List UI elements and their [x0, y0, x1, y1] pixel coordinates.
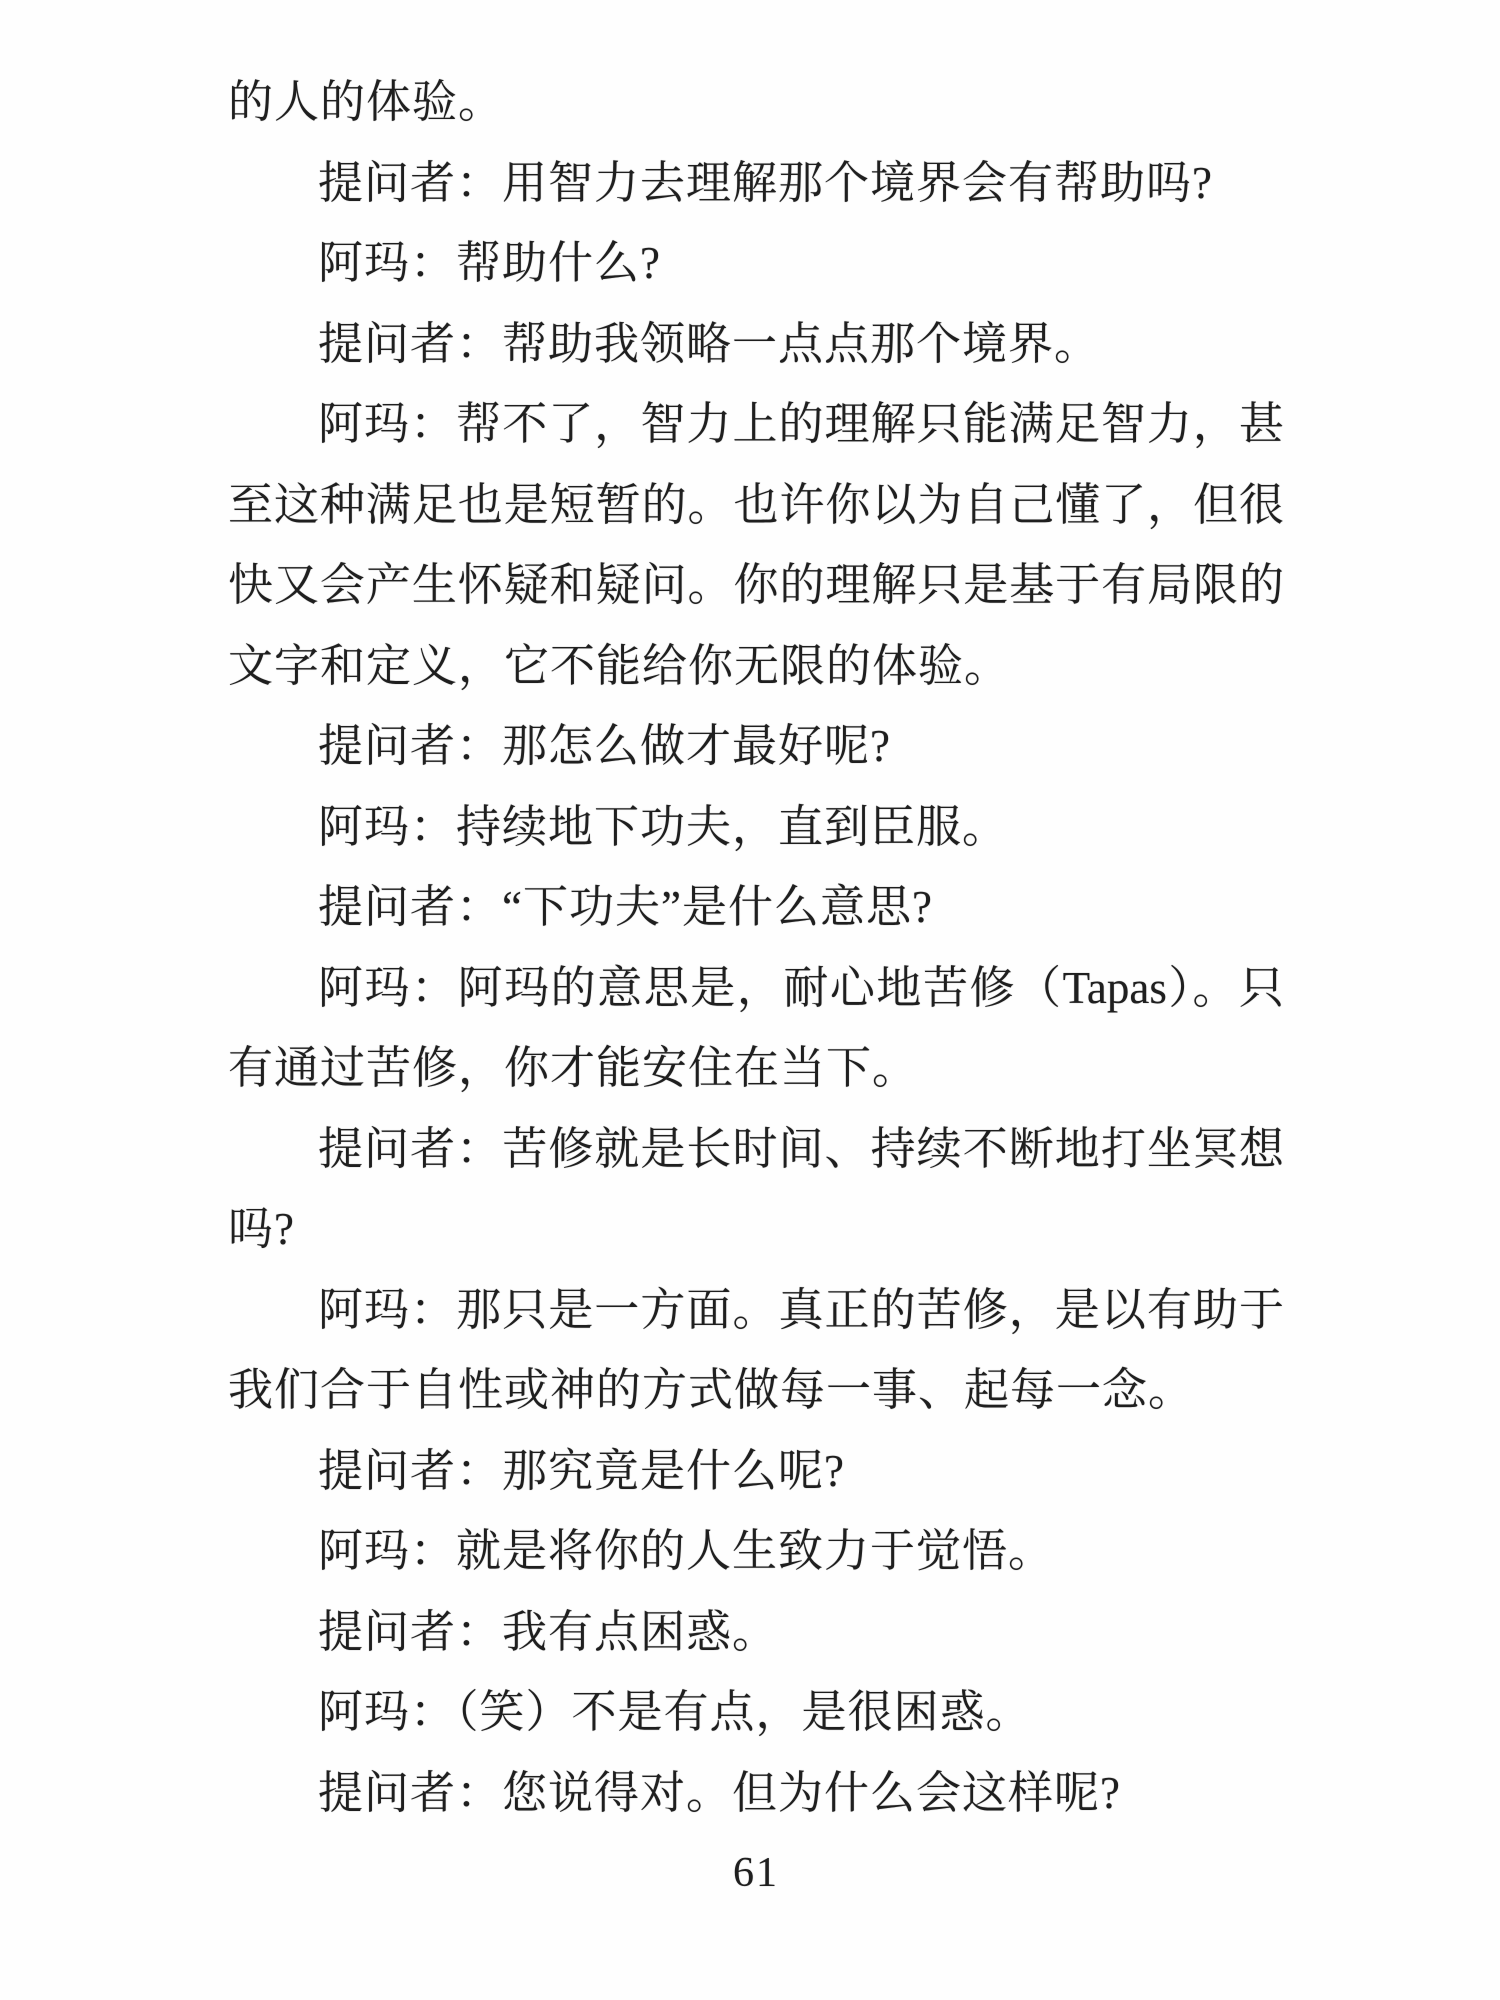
continuation-line: 的人的体验。 — [228, 62, 1284, 143]
continuation-line: 至这种满足也是短暂的。也许你以为自己懂了，但很 — [228, 465, 1284, 546]
amma-line: 阿玛：帮助什么? — [228, 223, 1284, 304]
amma-line: 阿玛：那只是一方面。真正的苦修，是以有助于 — [228, 1270, 1284, 1351]
page-text-block: 的人的体验。 提问者：用智力去理解那个境界会有帮助吗? 阿玛：帮助什么? 提问者… — [228, 62, 1284, 1914]
amma-line: 阿玛：阿玛的意思是，耐心地苦修（Tapas）。只 — [228, 948, 1284, 1029]
amma-line: 阿玛：持续地下功夫，直到臣服。 — [228, 787, 1284, 868]
questioner-line: 提问者：“下功夫”是什么意思? — [228, 867, 1284, 948]
continuation-line: 快又会产生怀疑和疑问。你的理解只是基于有局限的 — [228, 545, 1284, 626]
questioner-line: 提问者：帮助我领略一点点那个境界。 — [228, 304, 1284, 385]
questioner-line: 提问者：用智力去理解那个境界会有帮助吗? — [228, 143, 1284, 224]
continuation-line: 有通过苦修，你才能安住在当下。 — [228, 1028, 1284, 1109]
continuation-line: 吗? — [228, 1189, 1284, 1270]
amma-line: 阿玛：就是将你的人生致力于觉悟。 — [228, 1511, 1284, 1592]
amma-line: 阿玛：（笑）不是有点，是很困惑。 — [228, 1672, 1284, 1753]
book-page: 的人的体验。 提问者：用智力去理解那个境界会有帮助吗? 阿玛：帮助什么? 提问者… — [0, 0, 1500, 2000]
questioner-line: 提问者：我有点困惑。 — [228, 1592, 1284, 1673]
continuation-line: 我们合于自性或神的方式做每一事、起每一念。 — [228, 1350, 1284, 1431]
questioner-line: 提问者：苦修就是长时间、持续不断地打坐冥想 — [228, 1109, 1284, 1190]
questioner-line: 提问者：您说得对。但为什么会这样呢? — [228, 1753, 1284, 1834]
amma-line: 阿玛：帮不了，智力上的理解只能满足智力，甚 — [228, 384, 1284, 465]
continuation-line: 文字和定义，它不能给你无限的体验。 — [228, 626, 1284, 707]
questioner-line: 提问者：那怎么做才最好呢? — [228, 706, 1284, 787]
page-number: 61 — [228, 1833, 1284, 1914]
questioner-line: 提问者：那究竟是什么呢? — [228, 1431, 1284, 1512]
